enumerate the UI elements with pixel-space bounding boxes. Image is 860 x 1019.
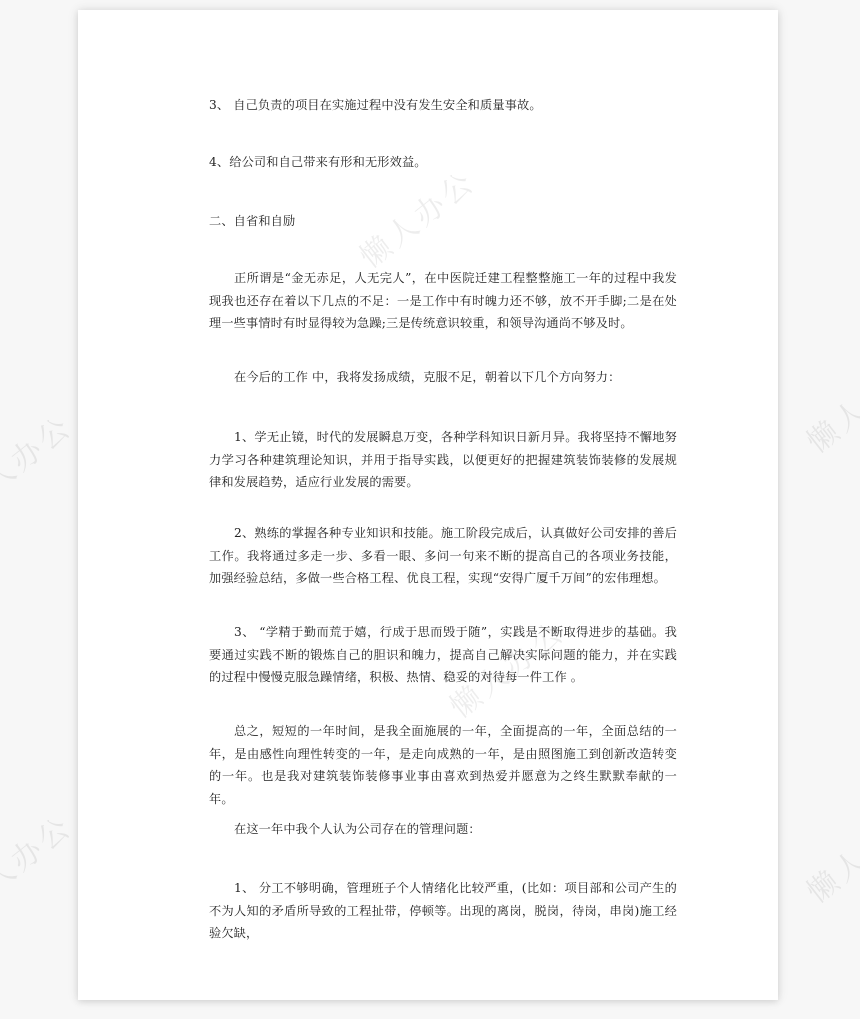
section-heading-self-reflection: 二、自省和自励 [209,210,677,233]
paragraph-shortcomings: 正所谓是“金无赤足，人无完人”，在中医院迁建工程整整施工一年的过程中我发现我也还… [209,267,677,335]
document-page: 懒人办公 懒人办公 3、 自己负责的项目在实施过程中没有发生安全和质量事故。 4… [78,10,778,1000]
paragraph-summary: 总之，短短的一年时间，是我全面施展的一年，全面提高的一年，全面总结的一年，是由感… [209,720,677,810]
watermark: 懒人办公 [0,803,80,921]
paragraph-achievement-4: 4、给公司和自己带来有形和无形效益。 [209,151,677,174]
paragraph-future-2: 2、熟练的掌握各种专业知识和技能。施工阶段完成后，认真做好公司安排的善后工作。我… [209,522,677,590]
paragraph-management-intro: 在这一年中我个人认为公司存在的管理问题： [209,818,677,841]
paragraph-management-1: 1、 分工不够明确，管理班子个人情绪化比较严重，(比如：项目部和公司产生的不为人… [209,877,677,945]
paragraph-future-intro: 在今后的工作 中，我将发扬成绩，克服不足，朝着以下几个方向努力： [209,366,677,389]
watermark: 懒人办公 [0,403,80,521]
watermark: 懒人办公 [796,793,860,911]
watermark: 懒人办公 [796,343,860,461]
paragraph-future-1: 1、学无止镜，时代的发展瞬息万变，各种学科知识日新月异。我将坚持不懈地努力学习各… [209,426,677,494]
paragraph-future-3: 3、 “学精于勤而荒于嬉，行成于思而毁于随”，实践是不断取得进步的基础。我要通过… [209,621,677,689]
paragraph-achievement-3: 3、 自己负责的项目在实施过程中没有发生安全和质量事故。 [209,94,677,117]
